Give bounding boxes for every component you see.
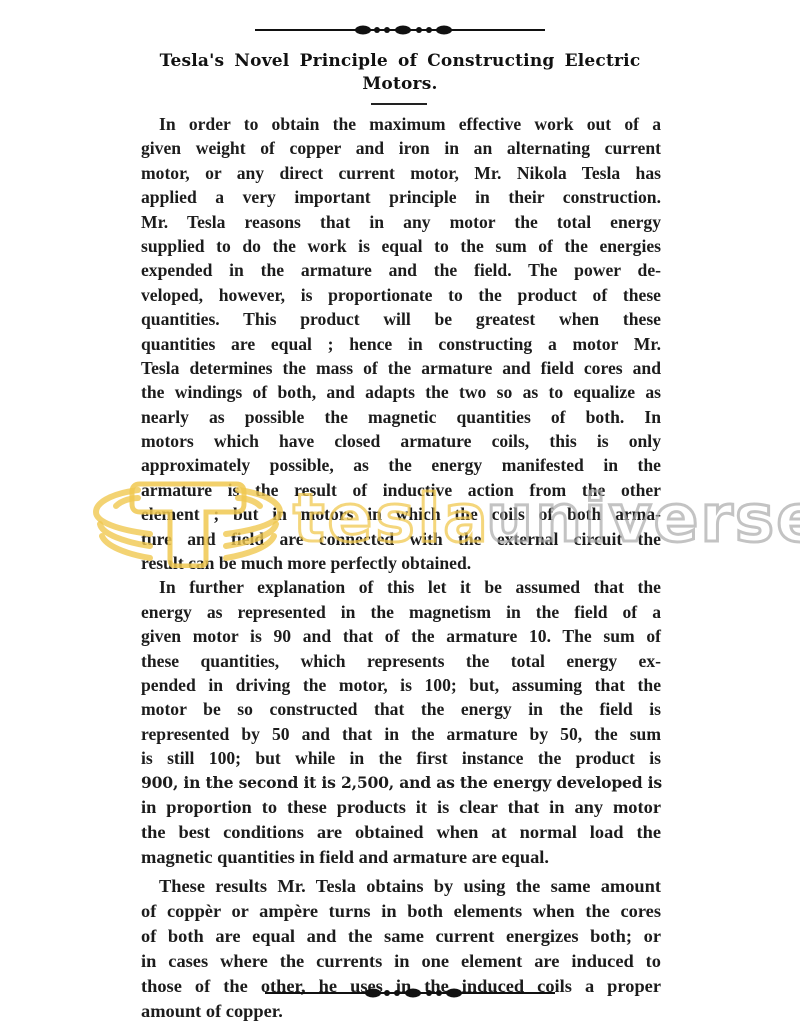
text-line: quantities. This product will be greates… (141, 307, 661, 331)
text-line: of both are equal and the same current e… (141, 924, 661, 949)
text-line: motors which have closed armature coils,… (141, 429, 661, 453)
paragraph-1: In order to obtain the maximum effective… (141, 112, 661, 575)
text-line: veloped, however, is proportionate to th… (141, 283, 661, 307)
text-line: result can be much more perfectly obtain… (141, 551, 661, 575)
text-line: quantities are equal ; hence in construc… (141, 332, 661, 356)
title-underline-rule (371, 103, 427, 105)
bottom-ornamental-rule (265, 986, 555, 1000)
text-line: pended in driving the motor, is 100; but… (141, 673, 661, 697)
text-line: In order to obtain the maximum effective… (141, 112, 661, 136)
text-line: armature is the result of inductive acti… (141, 478, 661, 502)
text-line: Mr. Tesla reasons that in any motor the … (141, 210, 661, 234)
text-line: in proportion to these products it is cl… (141, 795, 661, 820)
text-line: motor, or any direct current motor, Mr. … (141, 161, 661, 185)
ornament-divider-icon (255, 23, 545, 37)
article-title: Tesla's Novel Principle of Constructing … (140, 50, 660, 96)
top-ornamental-rule (255, 23, 545, 37)
text-line: element ; but in motors in which the coi… (141, 502, 661, 526)
paragraph-3: These results Mr. Tesla obtains by using… (141, 874, 661, 1024)
text-line: nearly as possible the magnetic quantiti… (141, 405, 661, 429)
title-line-2: Motors. (140, 73, 660, 96)
text-line: in cases where the currents in one eleme… (141, 949, 661, 974)
ornament-divider-icon (265, 986, 555, 1000)
title-line-1: Tesla's Novel Principle of Constructing … (140, 50, 660, 73)
text-line: These results Mr. Tesla obtains by using… (141, 874, 661, 899)
text-line: represented by 50 and that in the armatu… (141, 722, 661, 746)
text-line: In further explanation of this let it be… (141, 575, 661, 599)
text-line: 900, in the second it is 2,500, and as t… (141, 771, 661, 795)
text-line: given weight of copper and iron in an al… (141, 136, 661, 160)
text-line: is still 100; but while in the first ins… (141, 746, 661, 770)
text-line: these quantities, which represents the t… (141, 649, 661, 673)
text-line: the windings of both, and adapts the two… (141, 380, 661, 404)
text-line: magnetic quantities in field and armatur… (141, 845, 661, 870)
text-line: of coppèr or ampère turns in both elemen… (141, 899, 661, 924)
text-line: given motor is 90 and that of the armatu… (141, 624, 661, 648)
paragraph-2: In further explanation of this let it be… (141, 575, 661, 870)
text-line: supplied to do the work is equal to the … (141, 234, 661, 258)
text-line: motor be so constructed that the energy … (141, 697, 661, 721)
text-line: the best conditions are obtained when at… (141, 820, 661, 845)
text-line: amount of copper. (141, 999, 661, 1024)
text-line: ture and field are connected with the ex… (141, 527, 661, 551)
text-line: Tesla determines the mass of the armatur… (141, 356, 661, 380)
article-body: In order to obtain the maximum effective… (141, 112, 661, 1024)
text-line: approximately possible, as the energy ma… (141, 453, 661, 477)
text-line: expended in the armature and the field. … (141, 258, 661, 282)
text-line: applied a very important principle in th… (141, 185, 661, 209)
text-line: energy as represented in the magnetism i… (141, 600, 661, 624)
